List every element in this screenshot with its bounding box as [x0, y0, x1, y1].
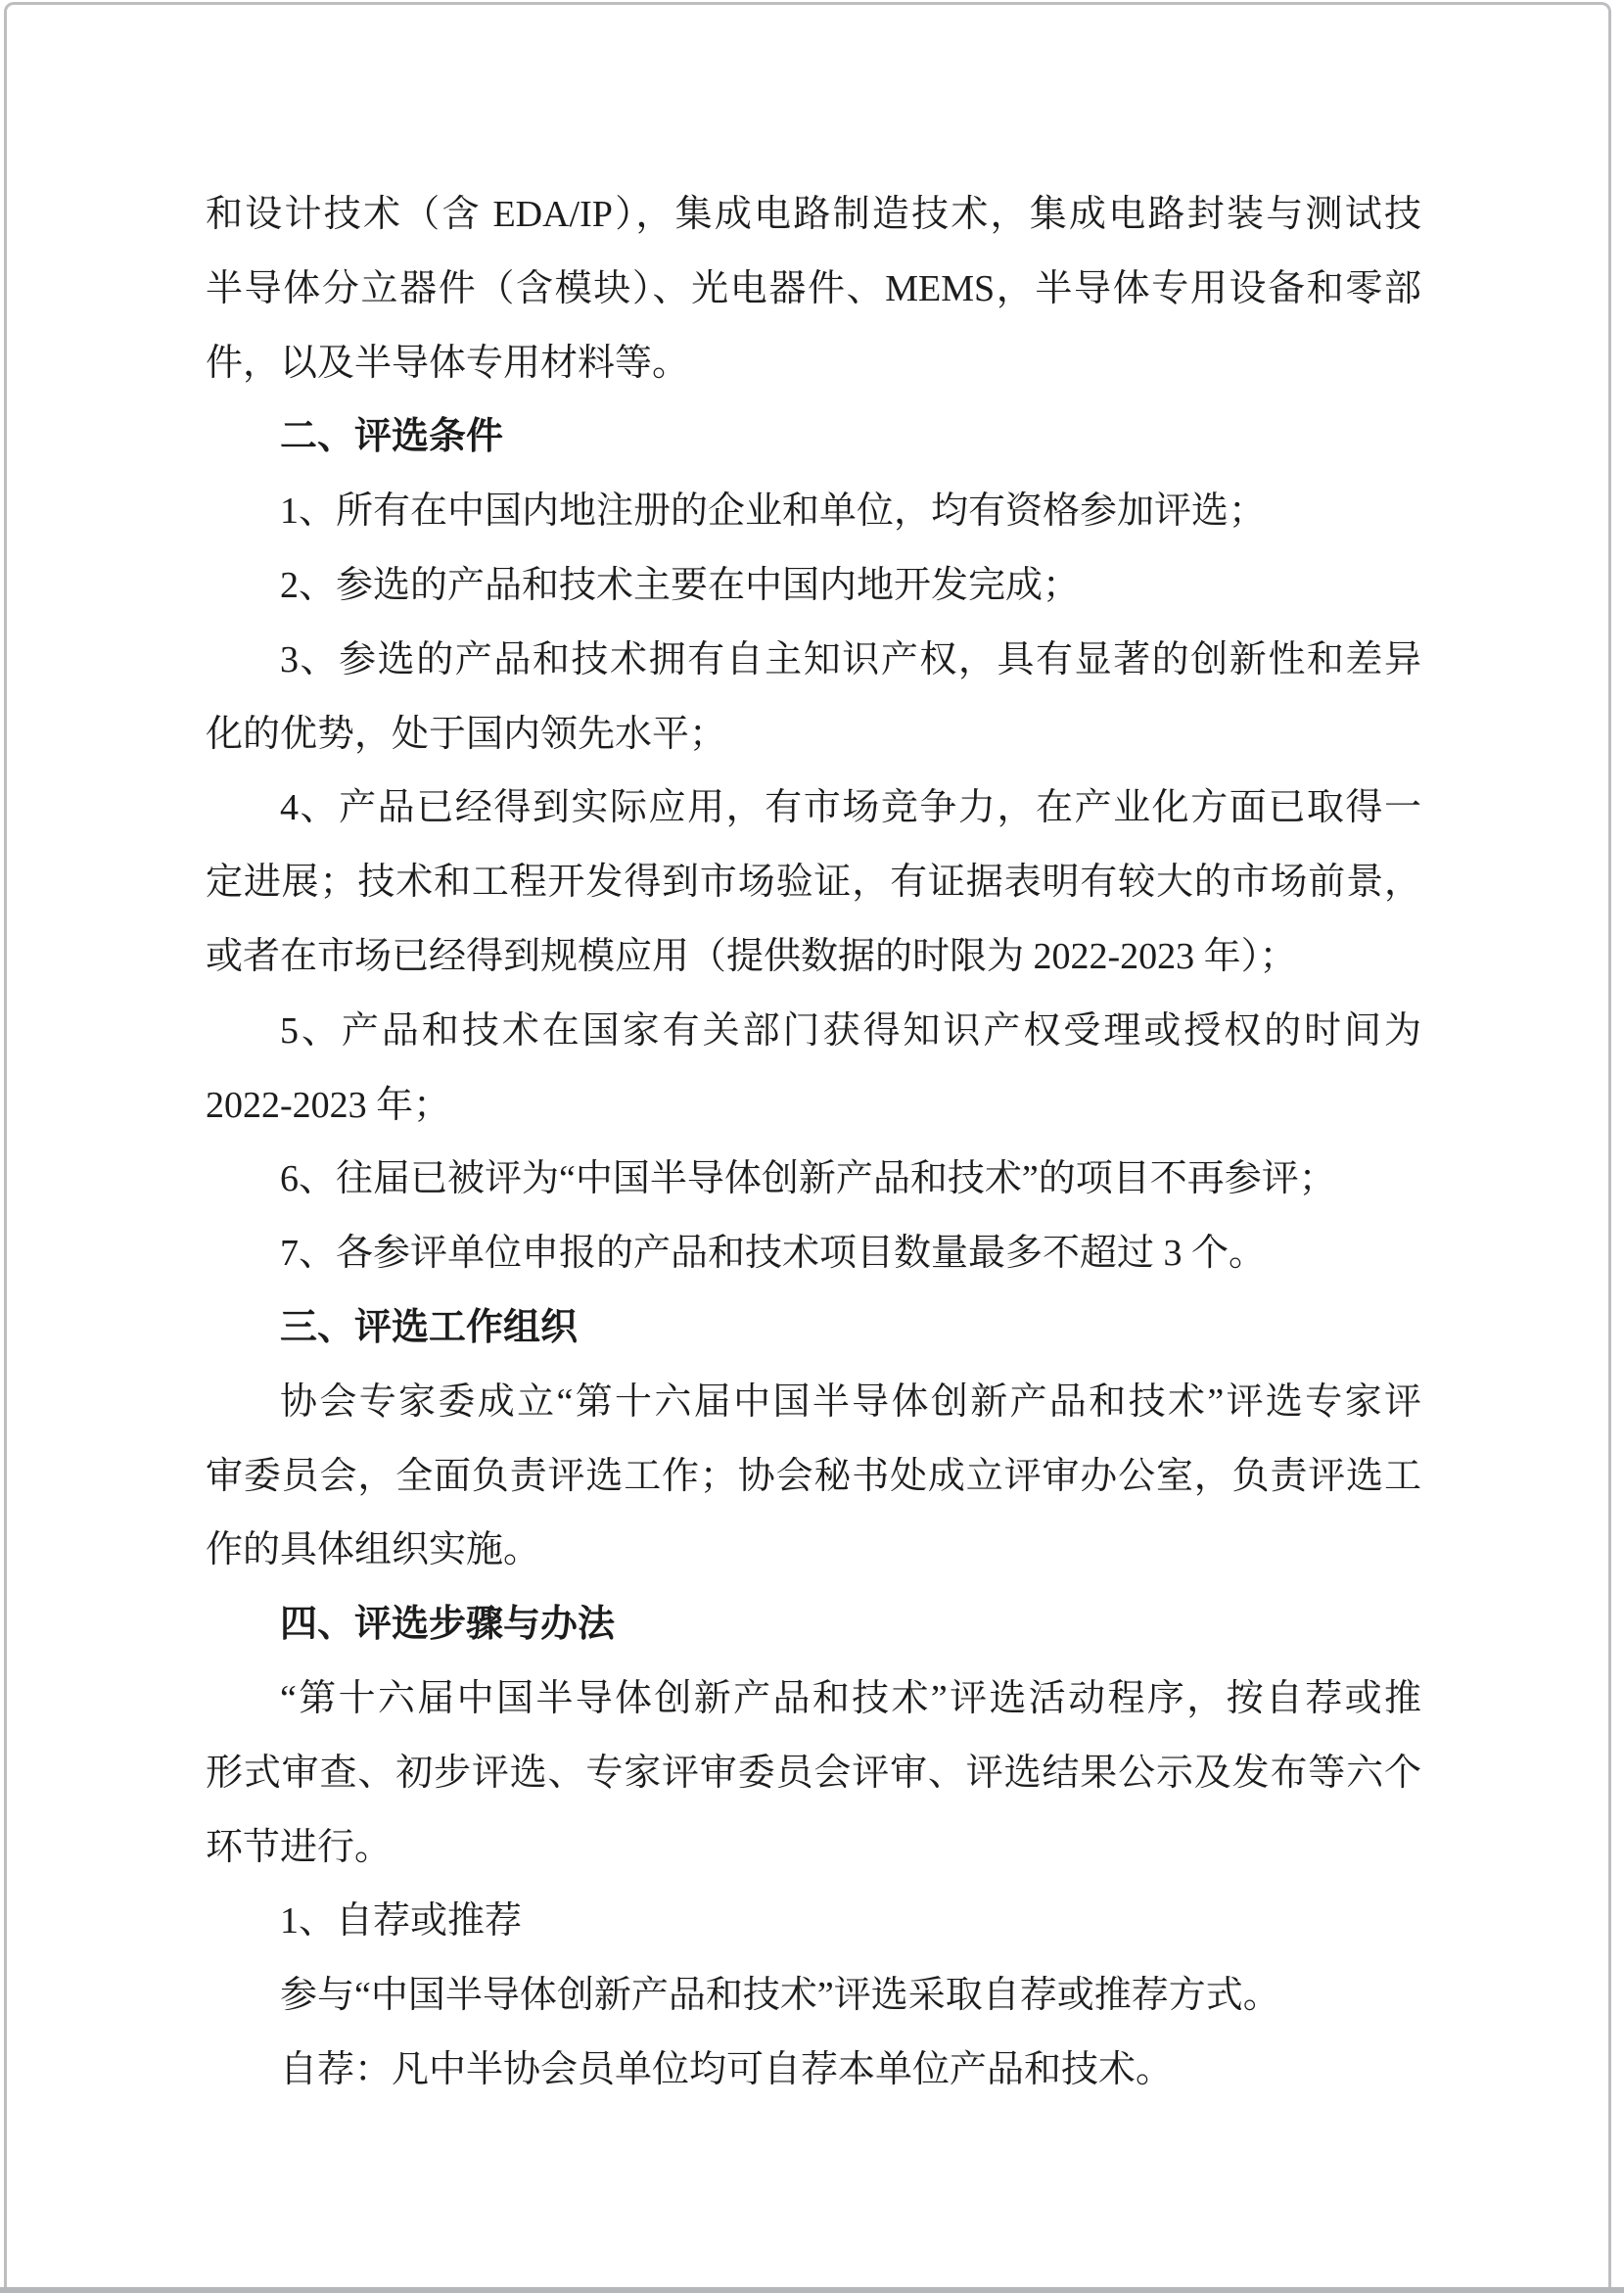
para-self-recommendation: 自荐：凡中半协会员单位均可自荐本单位产品和技术。 — [206, 2034, 1421, 2108]
text-line: 5、产品和技术在国家有关部门获得知识产权受理或授权的时间为 — [206, 995, 1421, 1069]
text-line: 参与“中国半导体创新产品和技术”评选采取自荐或推荐方式。 — [206, 1959, 1421, 2034]
text-line: 1、所有在中国内地注册的企业和单位，均有资格参加评选； — [206, 475, 1421, 549]
text-line: 或者在市场已经得到规模应用（提供数据的时限为 2022-2023 年）； — [206, 920, 1421, 995]
item-7: 7、各参评单位申报的产品和技术项目数量最多不超过 3 个。 — [206, 1217, 1421, 1291]
item-5: 5、产品和技术在国家有关部门获得知识产权受理或授权的时间为2022-2023 年… — [206, 995, 1421, 1144]
text-line: 四、评选步骤与办法 — [206, 1588, 1421, 1662]
text-line: 自荐：凡中半协会员单位均可自荐本单位产品和技术。 — [206, 2034, 1421, 2108]
item-6: 6、往届已被评为“中国半导体创新产品和技术”的项目不再参评； — [206, 1143, 1421, 1217]
item-2: 2、参选的产品和技术主要在中国内地开发完成； — [206, 549, 1421, 624]
text-line: 协会专家委成立“第十六届中国半导体创新产品和技术”评选专家评 — [206, 1366, 1421, 1440]
heading-selection-steps: 四、评选步骤与办法 — [206, 1588, 1421, 1662]
text-line: 环节进行。 — [206, 1811, 1421, 1886]
item-1: 1、所有在中国内地注册的企业和单位，均有资格参加评选； — [206, 475, 1421, 549]
item-4: 4、产品已经得到实际应用，有市场竞争力，在产业化方面已取得一定进展；技术和工程开… — [206, 772, 1421, 994]
document-content: 和设计技术（含 EDA/IP），集成电路制造技术，集成电路封装与测试技术，半导体… — [206, 178, 1421, 2108]
heading-selection-organization: 三、评选工作组织 — [206, 1291, 1421, 1366]
text-line: 作的具体组织实施。 — [206, 1514, 1421, 1588]
text-line: 2、参选的产品和技术主要在中国内地开发完成； — [206, 549, 1421, 624]
para-steps-overview: “第十六届中国半导体创新产品和技术”评选活动程序，按自荐或推荐、形式审查、初步评… — [206, 1662, 1421, 1885]
text-line: 审委员会，全面负责评选工作；协会秘书处成立评审办公室，负责评选工 — [206, 1440, 1421, 1515]
para-organization: 协会专家委成立“第十六届中国半导体创新产品和技术”评选专家评审委员会，全面负责评… — [206, 1366, 1421, 1588]
text-line: 化的优势，处于国内领先水平； — [206, 698, 1421, 772]
item-3: 3、参选的产品和技术拥有自主知识产权，具有显著的创新性和差异化的优势，处于国内领… — [206, 624, 1421, 772]
text-line: 形式审查、初步评选、专家评审委员会评审、评选结果公示及发布等六个 — [206, 1737, 1421, 1811]
text-line: 4、产品已经得到实际应用，有市场竞争力，在产业化方面已取得一 — [206, 772, 1421, 846]
text-line: 和设计技术（含 EDA/IP），集成电路制造技术，集成电路封装与测试技术， — [206, 178, 1421, 253]
text-line: 半导体分立器件（含模块）、光电器件、MEMS，半导体专用设备和零部 — [206, 253, 1421, 327]
text-line: 7、各参评单位申报的产品和技术项目数量最多不超过 3 个。 — [206, 1217, 1421, 1291]
document-viewport: { "page": { "colors": { "background": "#… — [0, 0, 1624, 2293]
para-participation-method: 参与“中国半导体创新产品和技术”评选采取自荐或推荐方式。 — [206, 1959, 1421, 2034]
text-line: 2022-2023 年； — [206, 1069, 1421, 1144]
heading-selection-criteria: 二、评选条件 — [206, 400, 1421, 475]
text-line: 1、自荐或推荐 — [206, 1885, 1421, 1959]
text-line: 三、评选工作组织 — [206, 1291, 1421, 1366]
text-line: 3、参选的产品和技术拥有自主知识产权，具有显著的创新性和差异 — [206, 624, 1421, 698]
text-line: 6、往届已被评为“中国半导体创新产品和技术”的项目不再参评； — [206, 1143, 1421, 1217]
text-line: 定进展；技术和工程开发得到市场验证，有证据表明有较大的市场前景， — [206, 846, 1421, 920]
para-step1-title: 1、自荐或推荐 — [206, 1885, 1421, 1959]
para-continuation: 和设计技术（含 EDA/IP），集成电路制造技术，集成电路封装与测试技术，半导体… — [206, 178, 1421, 400]
text-line: 二、评选条件 — [206, 400, 1421, 475]
text-line: “第十六届中国半导体创新产品和技术”评选活动程序，按自荐或推荐、 — [206, 1662, 1421, 1737]
text-line: 件，以及半导体专用材料等。 — [206, 327, 1421, 401]
page-gap-strip — [0, 2287, 1624, 2293]
